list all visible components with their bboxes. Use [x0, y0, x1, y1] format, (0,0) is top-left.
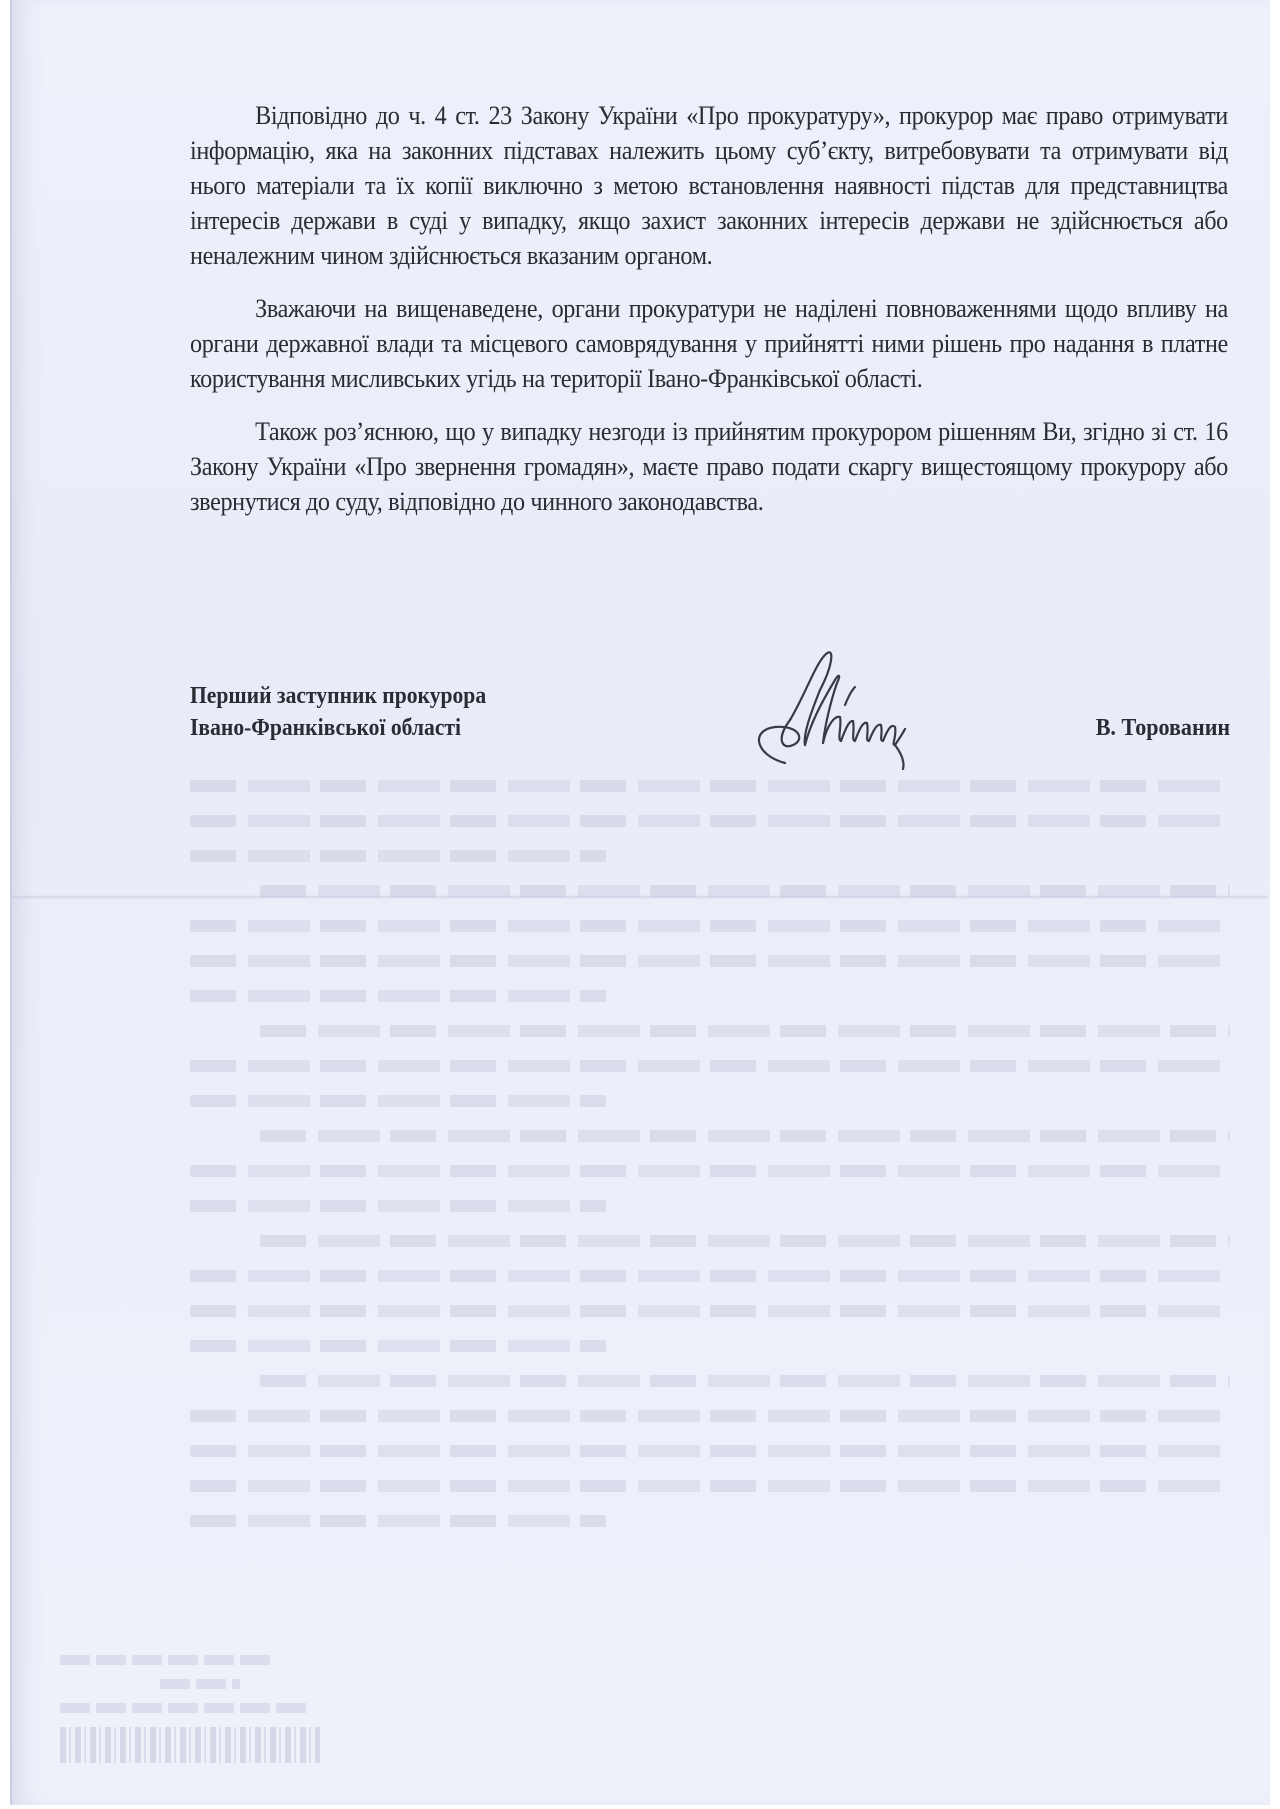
signatory-title-line1: Перший заступник прокурора	[190, 680, 486, 712]
bleed-through-registration-stamp	[60, 1655, 320, 1763]
signatory-title-line2: Івано-Франківської області	[190, 712, 486, 744]
signatory-title: Перший заступник прокурора Івано-Франків…	[190, 680, 486, 744]
paragraph-prosecutor-rights: Відповідно до ч. 4 ст. 23 Закону України…	[190, 98, 1228, 273]
signature-block: Перший заступник прокурора Івано-Франків…	[190, 680, 1230, 760]
barcode-icon	[60, 1727, 320, 1763]
paragraph-conclusion: Зважаючи на вищенаведене, органи прокура…	[190, 291, 1228, 396]
handwritten-signature-icon	[745, 645, 945, 770]
paragraph-appeal-rights: Також роз’яснюю, що у випадку незгоди із…	[190, 414, 1228, 519]
bleed-through-reverse-text	[190, 780, 1230, 1550]
signatory-name: В. Торованин	[1096, 712, 1230, 744]
letter-body: Відповідно до ч. 4 ст. 23 Закону України…	[190, 98, 1228, 537]
